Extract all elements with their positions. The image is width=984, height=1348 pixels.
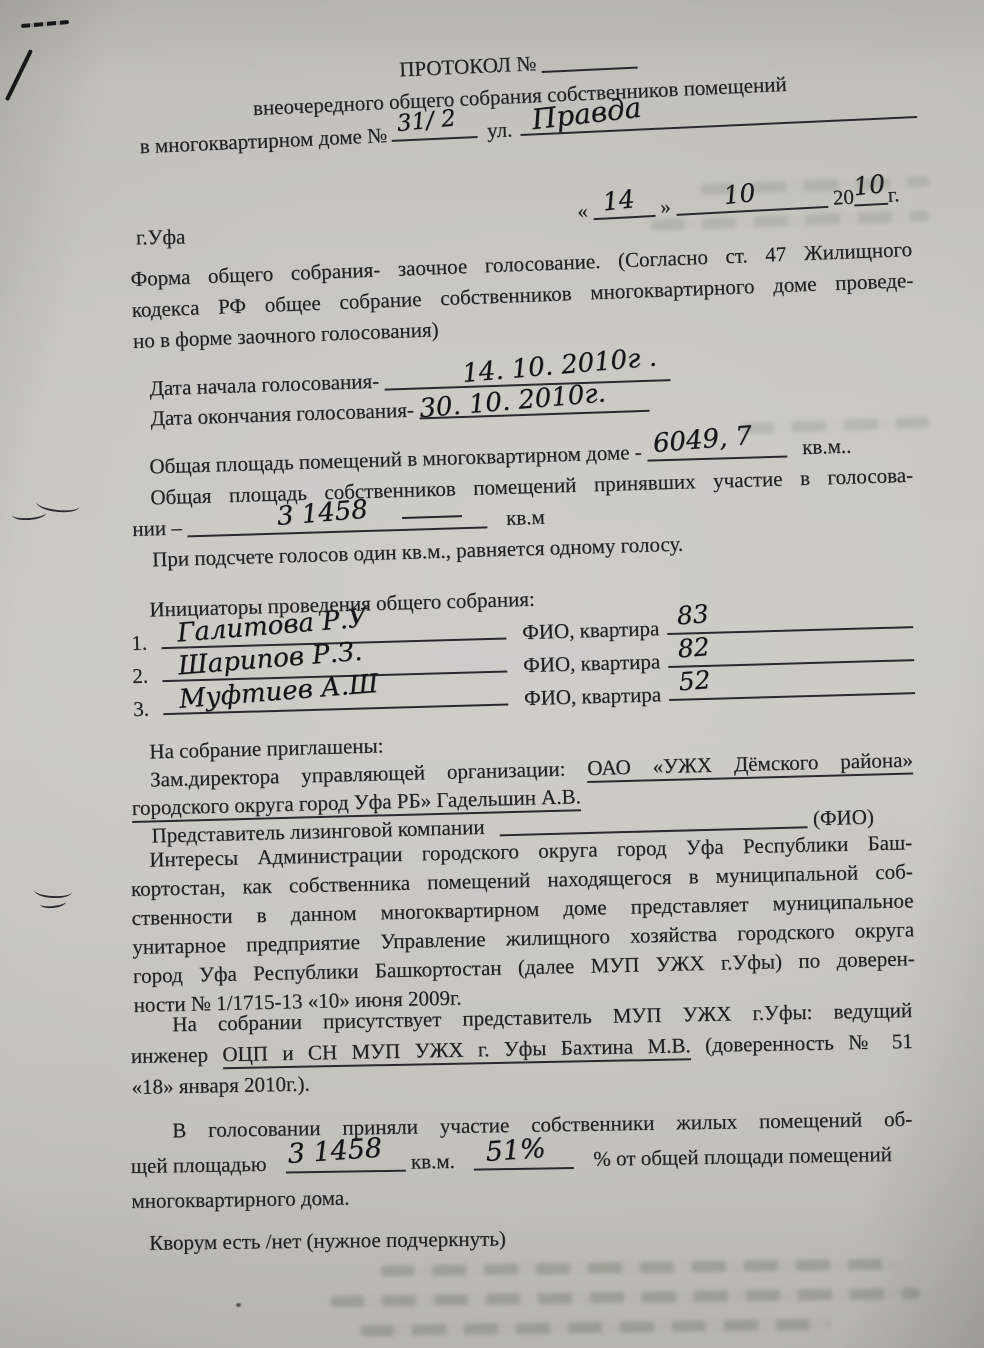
voting-result-section: В голосовании приняли участие собственни… xyxy=(130,1102,914,1219)
apartment-blank: 52 xyxy=(669,670,916,701)
voting-percent-suffix: % от общей площади помещений xyxy=(593,1142,892,1171)
voting-percent-handwriting: 51% xyxy=(485,1131,547,1170)
initiator-name-blank: Муфтиев А.Ш xyxy=(163,682,509,716)
street-label: ул. xyxy=(486,113,513,146)
apartment-handwriting: 82 xyxy=(677,631,711,665)
present-prefix: инженер xyxy=(131,1043,209,1068)
quote-open: « xyxy=(576,198,588,223)
protocol-number-blank xyxy=(541,45,638,73)
pen-dash-mark xyxy=(402,515,462,519)
total-area-blank: 6049, 7 xyxy=(647,433,788,461)
voting-end-blank: 30. 10. 2010г. xyxy=(419,388,650,420)
voting-area-units: кв.м. xyxy=(411,1149,455,1174)
initiators-section: Инициаторы проведения общего собрания: 1… xyxy=(130,572,915,725)
voting-area-prefix: щей площадью xyxy=(131,1152,267,1178)
fio-apartment-label: ФИО, квартира xyxy=(522,612,660,648)
day-blank: 14 xyxy=(592,193,655,220)
participants-area-handwriting: 3 1458 xyxy=(276,495,369,533)
apartment-handwriting: 52 xyxy=(677,664,711,698)
initiator-number: 2. xyxy=(132,659,163,692)
initiator-number: 1. xyxy=(131,626,162,659)
total-area-units: кв.м.. xyxy=(802,434,852,459)
protocol-title: ПРОТОКОЛ № xyxy=(399,51,537,81)
voting-area-blank: 3 1458 xyxy=(285,1148,405,1174)
fio-apartment-label: ФИО, квартира xyxy=(523,645,661,681)
voting-percent-blank: 51% xyxy=(474,1145,574,1171)
house-number-blank: 31/ 2 xyxy=(390,114,477,142)
scanned-document-photo: ПРОТОКОЛ № внеочередного общего собрания… xyxy=(0,0,984,1348)
leasing-fio-label: (ФИО) xyxy=(813,805,875,831)
voting-start-label: Дата начала голосования- xyxy=(149,369,379,401)
house-number-handwriting: 31/ 2 xyxy=(395,103,457,141)
total-area-handwriting: 6049, 7 xyxy=(652,421,753,460)
quote-close: » xyxy=(659,194,671,219)
participants-units: кв.м xyxy=(506,505,545,530)
present-suffix: (доверенность № 51 xyxy=(705,1029,913,1057)
apartment-handwriting: 83 xyxy=(676,598,710,632)
present-paragraph: На собрании присутствует представитель М… xyxy=(130,995,914,1103)
initiator-number: 3. xyxy=(133,692,164,725)
city-label: г.Уфа xyxy=(136,222,186,253)
voting-area-handwriting: 3 1458 xyxy=(286,1131,383,1172)
ink-dot xyxy=(236,1303,241,1307)
fio-apartment-label: ФИО, квартира xyxy=(524,678,662,714)
interests-paragraph: Интересы Администрации городского округа… xyxy=(130,828,916,1020)
participants-prefix: нии – xyxy=(132,516,182,541)
areas-section: Общая площадь помещений в многоквартирно… xyxy=(130,429,915,576)
day-handwriting: 14 xyxy=(601,184,636,217)
voting-end-label: Дата окончания голосования- xyxy=(150,398,414,431)
